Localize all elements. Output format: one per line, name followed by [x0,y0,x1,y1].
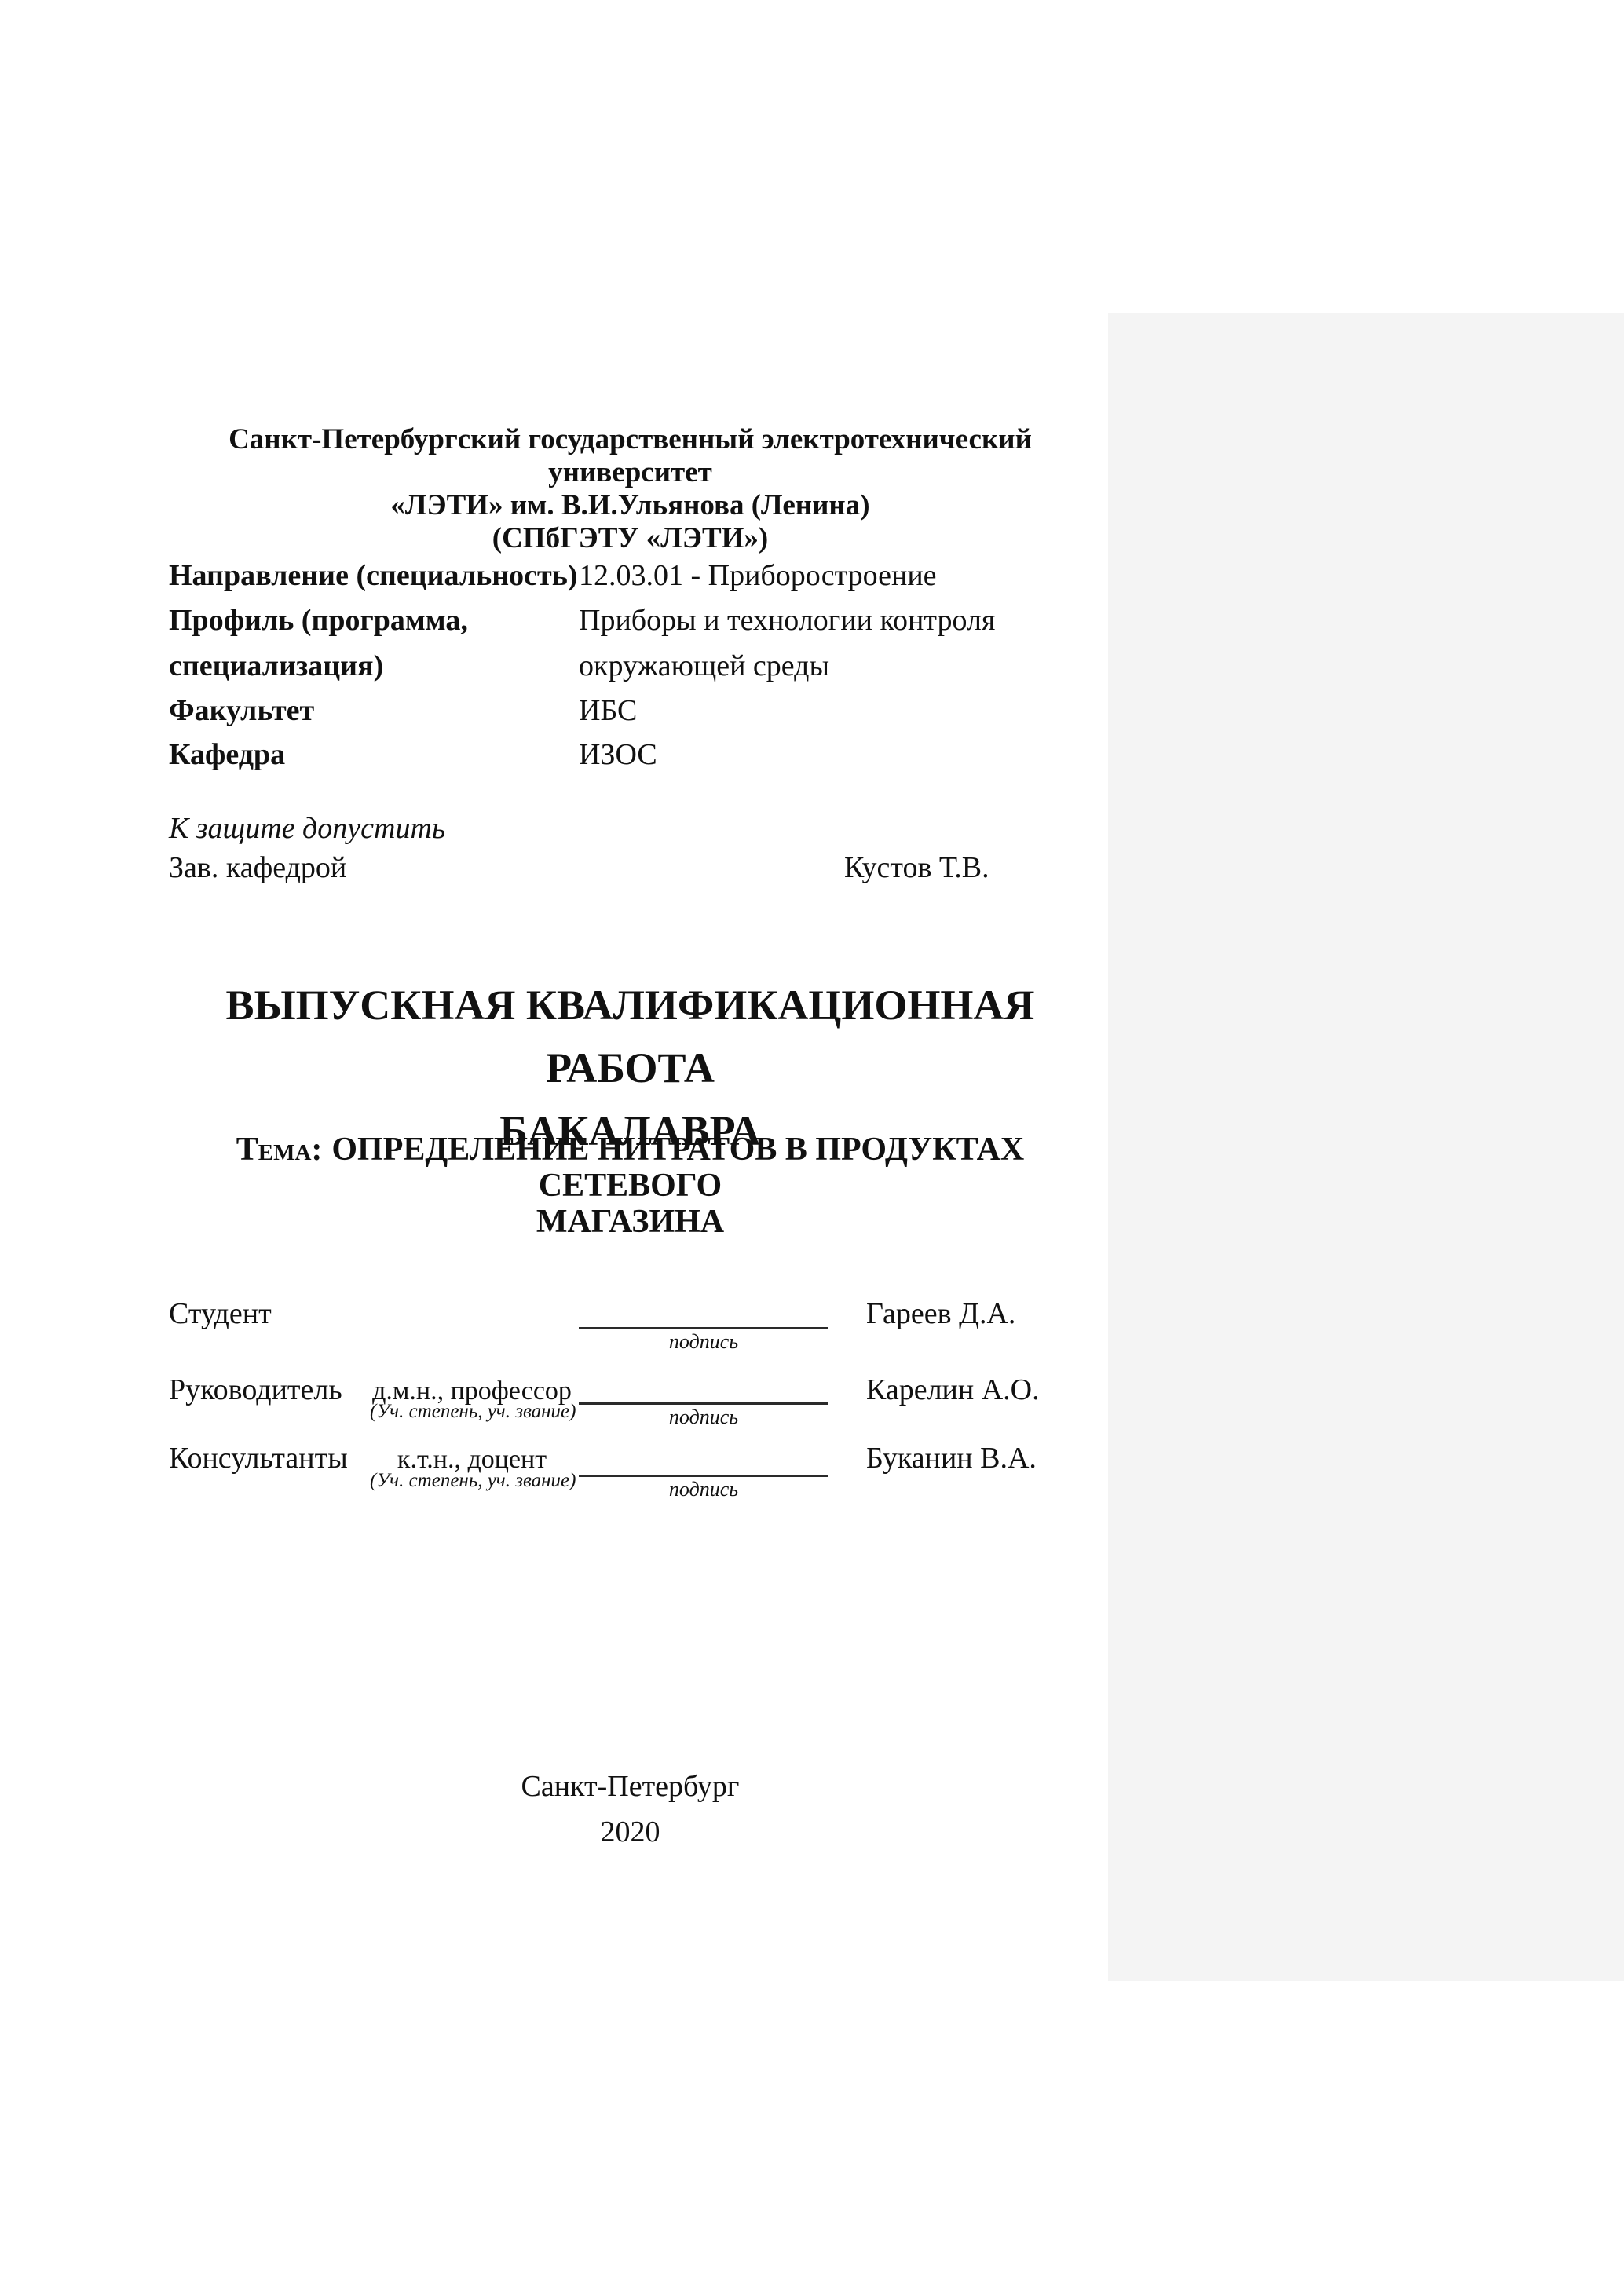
theme-text-line1: ОПРЕДЕЛЕНИЕ НИТРАТОВ В ПРОДУКТАХ СЕТЕВОГ… [331,1132,1024,1204]
signature-name-consultants: Буканин В.А. [866,1441,1037,1475]
field-value-specialization: окружающей среды [579,649,829,683]
signature-role-supervisor: Руководитель [169,1373,342,1407]
field-label-speciality: Направление (специальность) [169,558,577,593]
field-value-department: ИЗОС [579,737,657,772]
university-header: Санкт-Петербургский государственный элек… [169,423,1092,555]
department-head-name: Кустов Т.В. [844,850,989,885]
signature-name-supervisor: Карелин А.О. [866,1373,1040,1407]
theme-label: Тема: [236,1132,323,1168]
theme-text-line2: МАГАЗИНА [169,1204,1092,1240]
theme-line1: Тема:ОПРЕДЕЛЕНИЕ НИТРАТОВ В ПРОДУКТАХ СЕ… [169,1132,1092,1204]
signature-role-student: Студент [169,1296,272,1331]
university-name-line1: Санкт-Петербургский государственный элек… [169,423,1092,489]
footer-year: 2020 [169,1815,1092,1849]
theme-block: Тема:ОПРЕДЕЛЕНИЕ НИТРАТОВ В ПРОДУКТАХ СЕ… [169,1132,1092,1240]
work-title-line1: ВЫПУСКНАЯ КВАЛИФИКАЦИОННАЯ РАБОТА [169,974,1092,1099]
department-head-label: Зав. кафедрой [169,850,346,885]
signature-hint-consultants: подпись [579,1478,828,1501]
field-label-department: Кафедра [169,737,285,772]
signature-hint-supervisor: подпись [579,1406,828,1429]
signature-line-student [579,1327,828,1329]
field-value-speciality: 12.03.01 - Приборостроение [579,558,937,593]
signature-line-consultants [579,1475,828,1477]
field-label-faculty: Факультет [169,693,314,728]
field-value-faculty: ИБС [579,693,637,728]
signature-hint-student: подпись [579,1330,828,1354]
university-name-line2: «ЛЭТИ» им. В.И.Ульянова (Ленина) [169,489,1092,522]
field-label-specialization: специализация) [169,649,383,683]
admission-permit-line: К защите допустить [169,811,445,846]
footer-city: Санкт-Петербург [169,1769,1092,1804]
signature-role-consultants: Консультанты [169,1441,348,1475]
signature-degree-hint-supervisor: (Уч. степень, уч. звание) [370,1401,574,1423]
signature-degree-hint-consultants: (Уч. степень, уч. звание) [370,1470,574,1492]
adjacent-page-panel [1108,313,1624,1981]
university-name-line3: (СПбГЭТУ «ЛЭТИ») [169,522,1092,555]
field-value-profile: Приборы и технологии контроля [579,603,995,638]
field-label-profile: Профиль (программа, [169,603,468,638]
signature-name-student: Гареев Д.А. [866,1296,1015,1331]
signature-line-supervisor [579,1402,828,1405]
